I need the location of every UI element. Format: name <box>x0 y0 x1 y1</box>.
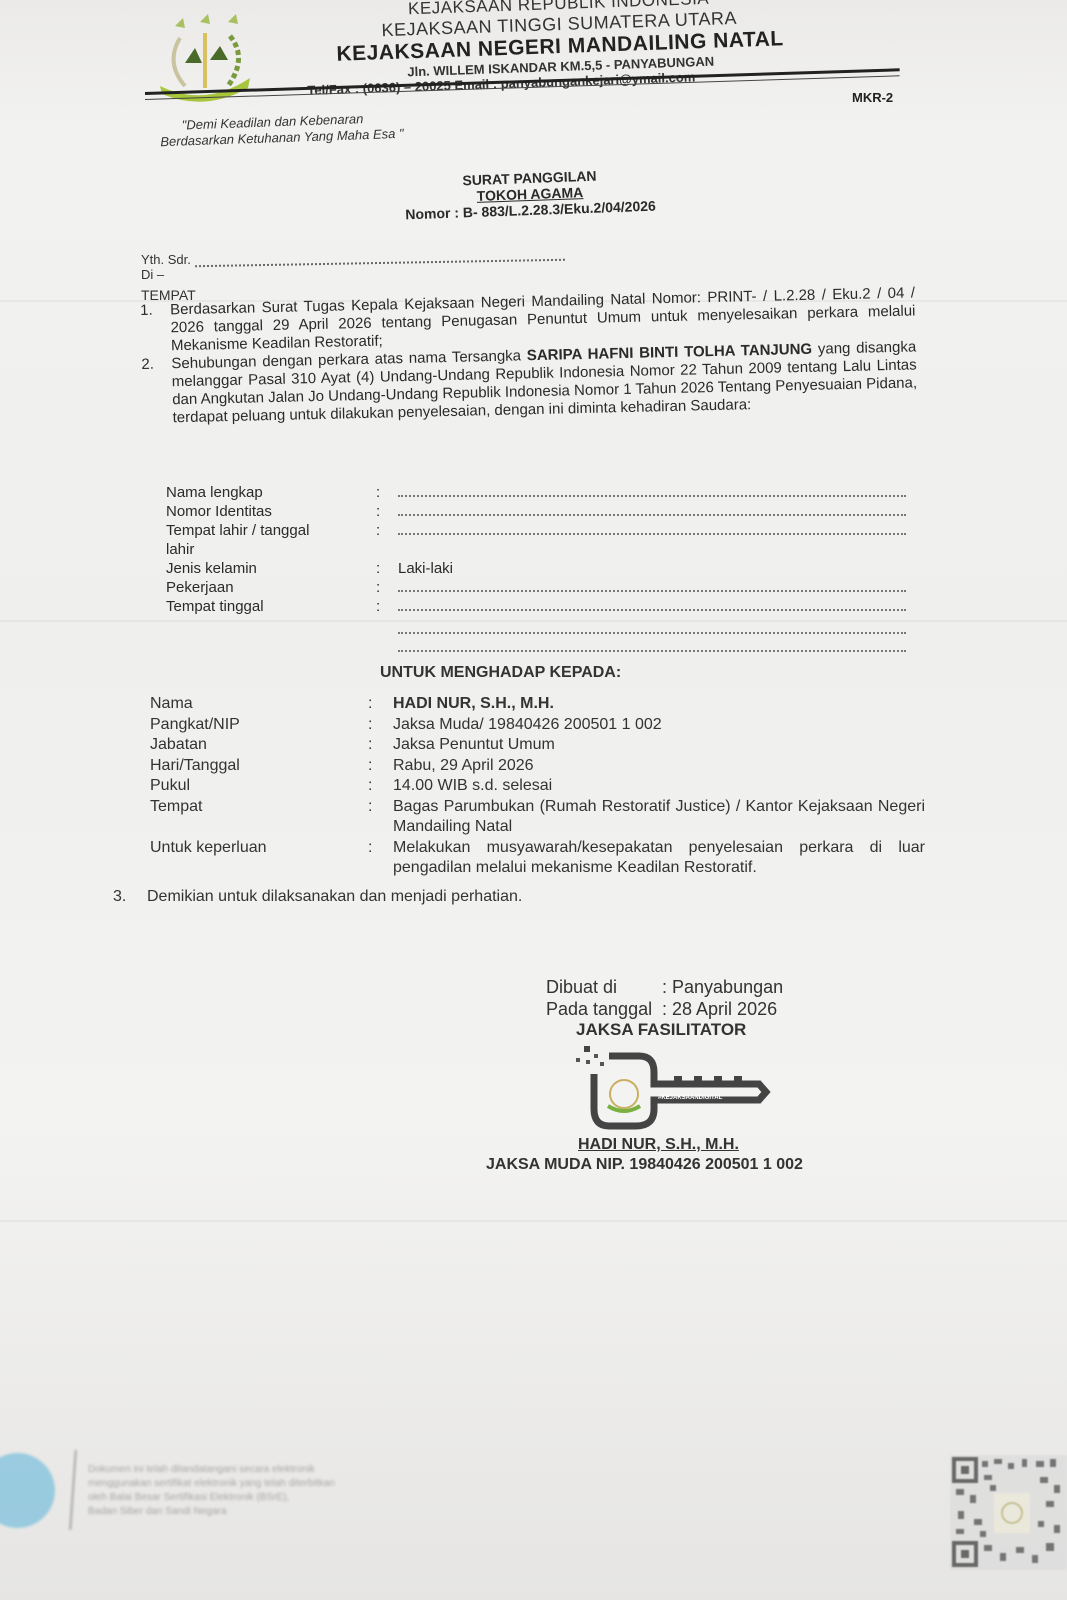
appointment-row-pangkat: Pangkat/NIP:Jaksa Muda/ 19840426 200501 … <box>150 715 925 736</box>
signature-block: Dibuat di: Panyabungan Pada tanggal: 28 … <box>486 976 886 1174</box>
blank-field <box>398 634 906 652</box>
appointment-details: Nama:HADI NUR, S.H., M.H. Pangkat/NIP:Ja… <box>150 694 925 879</box>
paper-fold <box>0 1220 1067 1222</box>
recipient-salutation: Yth. Sdr. <box>141 252 191 267</box>
signature-place: Dibuat di: Panyabungan <box>546 976 886 998</box>
invitee-form: Nama lengkap: Nomor Identitas: Tempat la… <box>166 483 916 652</box>
document-page: KEJAKSAAN REPUBLIK INDONESIA KEJAKSAAN T… <box>0 0 1067 1600</box>
signer-nip: JAKSA MUDA NIP. 19840426 200501 1 002 <box>486 1156 886 1174</box>
form-row-tempat-tinggal: Tempat tinggal: <box>166 597 916 616</box>
bsre-logo-icon <box>0 1453 55 1528</box>
blank-field <box>398 597 906 611</box>
electronic-signature-notice: Dokumen ini telah ditandatangani secara … <box>0 1445 460 1545</box>
letter-title: SURAT PANGGILAN TOKOH AGAMA Nomor : B- 8… <box>359 164 700 224</box>
blank-field <box>398 483 906 497</box>
motto: "Demi Keadilan dan Kebenaran Berdasarkan… <box>160 110 404 150</box>
form-row-tempat-lahir: Tempat lahir / tanggal: <box>166 521 916 540</box>
letterhead: KEJAKSAAN REPUBLIK INDONESIA KEJAKSAAN T… <box>289 0 832 98</box>
recipient-block: Yth. Sdr. Di – <box>141 252 565 282</box>
appointment-row-pukul: Pukul:14.00 WIB s.d. selesai <box>150 776 925 797</box>
recipient-blank-line <box>195 259 565 267</box>
recipient-di: Di – <box>141 267 565 282</box>
point-3: 3. Demikian untuk dilaksanakan dan menja… <box>113 888 522 906</box>
form-row-pekerjaan: Pekerjaan: <box>166 578 916 597</box>
divider <box>69 1450 77 1530</box>
appointment-row-hari: Hari/Tanggal:Rabu, 29 April 2026 <box>150 756 925 777</box>
appointment-row-tempat: Tempat:Bagas Parumbukan (Rumah Restorati… <box>150 797 925 838</box>
appointment-row-jabatan: Jabatan:Jaksa Penuntut Umum <box>150 735 925 756</box>
svg-text:#KEJAKSAANDIGITAL: #KEJAKSAANDIGITAL <box>658 1095 723 1101</box>
form-row-nama-lengkap: Nama lengkap: <box>166 483 916 502</box>
blank-field <box>398 521 906 535</box>
form-row-nomor-identitas: Nomor Identitas: <box>166 502 916 521</box>
digital-signature-stamp: #KEJAKSAANDIGITAL <box>574 1044 774 1130</box>
blank-field <box>398 578 906 592</box>
letter-body: 1. Berdasarkan Surat Tugas Kepala Kejaks… <box>140 284 918 428</box>
form-code: MKR-2 <box>852 90 893 105</box>
signer-name: HADI NUR, S.H., M.H. <box>578 1136 886 1154</box>
signature-date: Pada tanggal: 28 April 2026 <box>546 998 886 1020</box>
blank-field <box>398 502 906 516</box>
gender-value: Laki-laki <box>398 559 916 578</box>
appointment-row-keperluan: Untuk keperluan:Melakukan musyawarah/kes… <box>150 838 925 879</box>
key-stamp-icon: #KEJAKSAANDIGITAL <box>574 1044 774 1130</box>
form-row-lahir-cont: lahir <box>166 540 916 559</box>
appointment-heading: UNTUK MENGHADAP KEPADA: <box>380 664 621 682</box>
signer-role: JAKSA FASILITATOR <box>576 1020 886 1040</box>
appointment-row-nama: Nama:HADI NUR, S.H., M.H. <box>150 694 925 715</box>
blank-field <box>398 616 906 634</box>
form-row-jenis-kelamin: Jenis kelamin:Laki-laki <box>166 559 916 578</box>
qr-code-icon <box>950 1455 1067 1570</box>
